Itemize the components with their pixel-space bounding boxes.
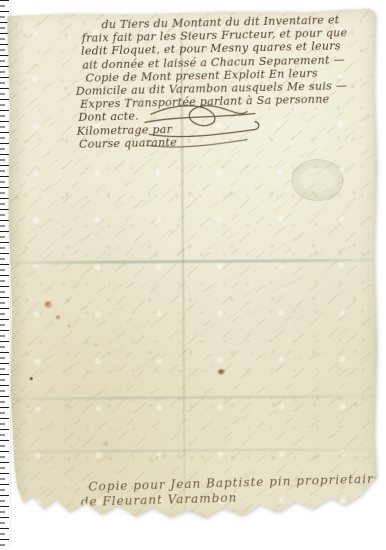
bottom-handwriting-block: Copie pour Jean Baptiste pin proprietair… — [77, 471, 386, 509]
fold-crease-horizontal — [7, 448, 379, 454]
ink-stain — [30, 377, 33, 380]
ink-stain — [44, 301, 52, 308]
photo-backdrop: du Tiers du Montant du dit Inventaire et… — [0, 0, 386, 550]
manuscript-paper-wrap: du Tiers du Montant du dit Inventaire et… — [4, 7, 380, 524]
ink-stain — [94, 343, 99, 347]
fold-crease-horizontal — [7, 395, 379, 401]
fold-crease-horizontal — [6, 259, 378, 265]
embossed-seal — [291, 159, 343, 201]
ink-stain — [55, 315, 61, 320]
ink-stain — [218, 369, 225, 375]
signature-flourish — [143, 99, 269, 152]
ink-stain — [66, 324, 71, 328]
ink-stain — [157, 452, 169, 459]
manuscript-paper: du Tiers du Montant du dit Inventaire et… — [4, 7, 380, 524]
ink-stain — [101, 441, 110, 447]
